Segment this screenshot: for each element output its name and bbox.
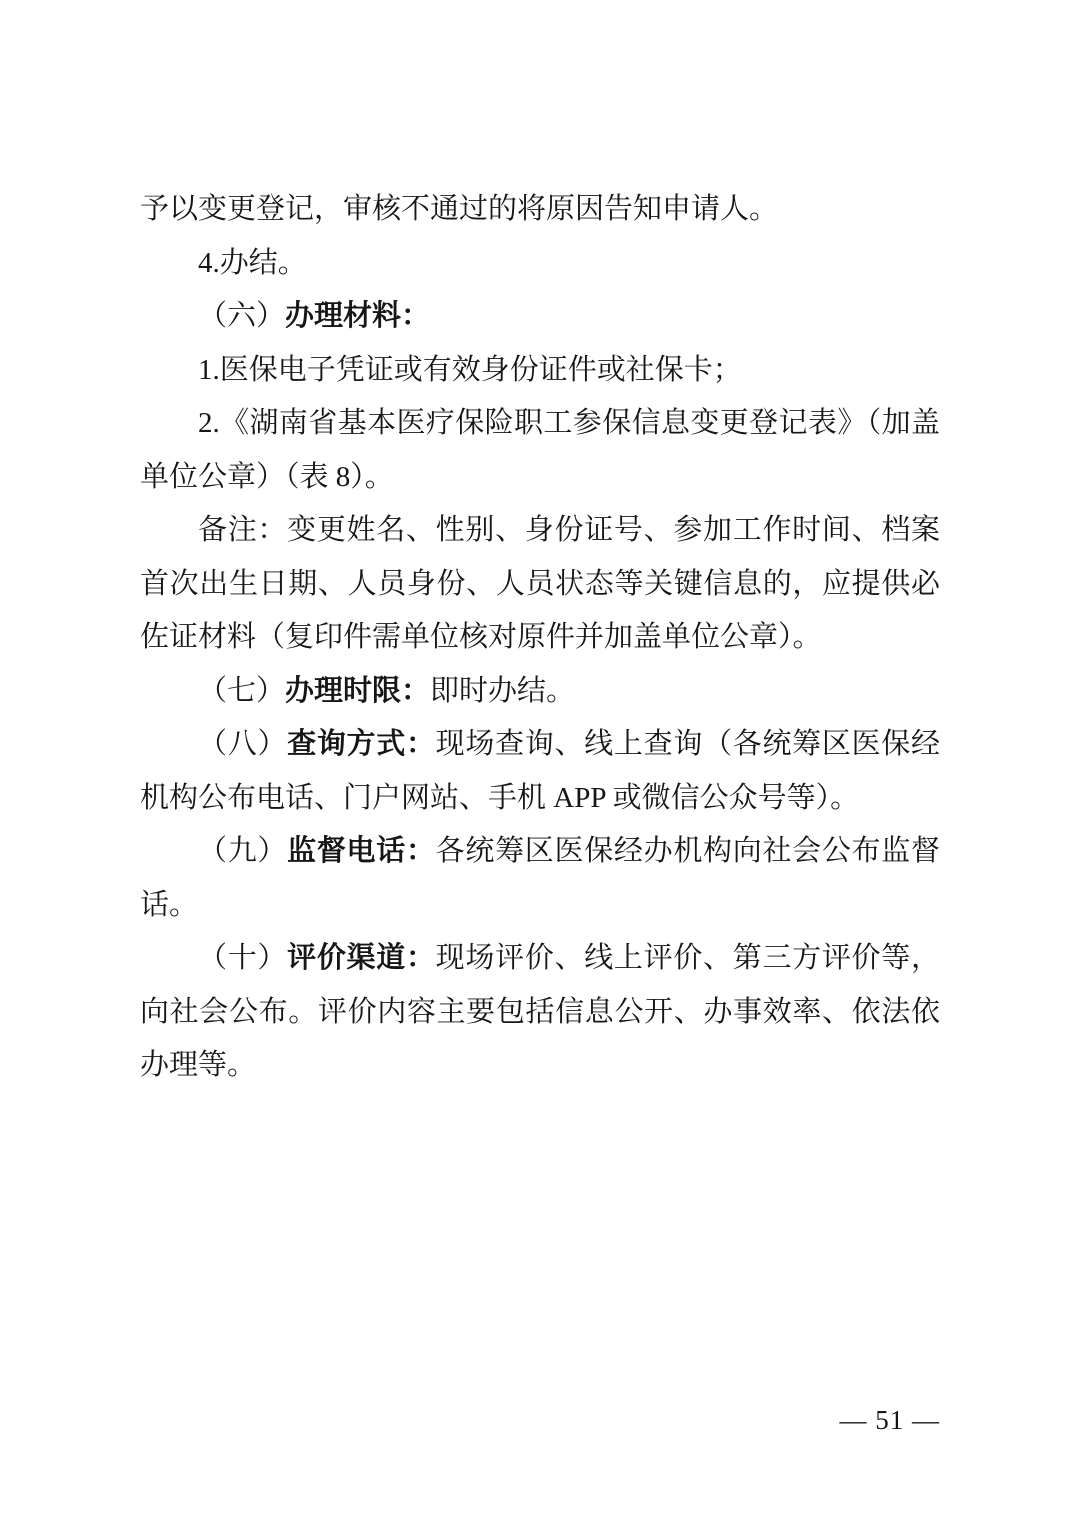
line-text: 向社会公布。评价内容主要包括信息公开、办事效率、依法依规 xyxy=(140,996,940,1040)
line-text: 1.医保电子凭证或有效身份证件或社保卡； xyxy=(198,354,742,386)
section-number: （十） xyxy=(198,942,287,974)
section-label: 评价渠道： xyxy=(287,942,436,974)
text-line: 予以变更登记，审核不通过的将原因告知申请人。 xyxy=(140,183,940,237)
text-line: 备注：变更姓名、性别、身份证号、参加工作时间、档案记载 xyxy=(140,504,940,558)
document-body: 予以变更登记，审核不通过的将原因告知申请人。 4.办结。 （六）办理材料： 1.… xyxy=(140,183,940,1093)
text-line: 单位公章）（表 8）。 xyxy=(140,451,940,505)
page-number: — 51 — xyxy=(840,1405,941,1436)
text-line: 机构公布电话、门户网站、手机 APP 或微信公众号等）。 xyxy=(140,772,940,826)
line-text: 4.办结。 xyxy=(198,247,307,279)
section-heading-line: （八）查询方式：现场查询、线上查询（各统筹区医保经办 xyxy=(140,718,940,772)
text-line: 首次出生日期、人员身份、人员状态等关键信息的，应提供必要的 xyxy=(140,558,940,612)
section-label: 监督电话： xyxy=(287,835,436,867)
section-number: （六） xyxy=(198,300,285,332)
line-text: 即时办结。 xyxy=(430,675,575,707)
section-heading-line: （十）评价渠道：现场评价、线上评价、第三方评价等，并 xyxy=(140,932,940,986)
line-text: 话。 xyxy=(140,889,198,921)
line-text: 机构公布电话、门户网站、手机 APP 或微信公众号等）。 xyxy=(140,782,859,814)
line-text: 办理等。 xyxy=(140,1049,256,1081)
text-line: 2.《湖南省基本医疗保险职工参保信息变更登记表》（加盖 xyxy=(140,397,940,451)
document-page: 予以变更登记，审核不通过的将原因告知申请人。 4.办结。 （六）办理材料： 1.… xyxy=(0,0,1074,1520)
line-text: 首次出生日期、人员身份、人员状态等关键信息的，应提供必要的 xyxy=(140,568,940,612)
line-text: 单位公章）（表 8）。 xyxy=(140,461,394,493)
text-line: 佐证材料（复印件需单位核对原件并加盖单位公章）。 xyxy=(140,611,940,665)
section-label: 办理材料： xyxy=(285,300,430,332)
text-line: 1.医保电子凭证或有效身份证件或社保卡； xyxy=(140,344,940,398)
section-heading-line: （七）办理时限：即时办结。 xyxy=(140,665,940,719)
section-number: （八） xyxy=(198,728,287,760)
text-line: 办理等。 xyxy=(140,1039,940,1093)
section-label: 办理时限： xyxy=(285,675,430,707)
text-line: 话。 xyxy=(140,879,940,933)
section-label: 查询方式： xyxy=(287,728,436,760)
text-line: 4.办结。 xyxy=(140,237,940,291)
section-heading-line: （六）办理材料： xyxy=(140,290,940,344)
text-line: 向社会公布。评价内容主要包括信息公开、办事效率、依法依规 xyxy=(140,986,940,1040)
line-text: 备注：变更姓名、性别、身份证号、参加工作时间、档案记载 xyxy=(198,514,940,558)
line-text: 2.《湖南省基本医疗保险职工参保信息变更登记表》（加盖 xyxy=(198,407,940,439)
section-heading-line: （九）监督电话：各统筹区医保经办机构向社会公布监督电 xyxy=(140,825,940,879)
section-number: （七） xyxy=(198,675,285,707)
line-text: 予以变更登记，审核不通过的将原因告知申请人。 xyxy=(140,193,778,225)
line-text: 佐证材料（复印件需单位核对原件并加盖单位公章）。 xyxy=(140,621,822,653)
section-number: （九） xyxy=(198,835,287,867)
